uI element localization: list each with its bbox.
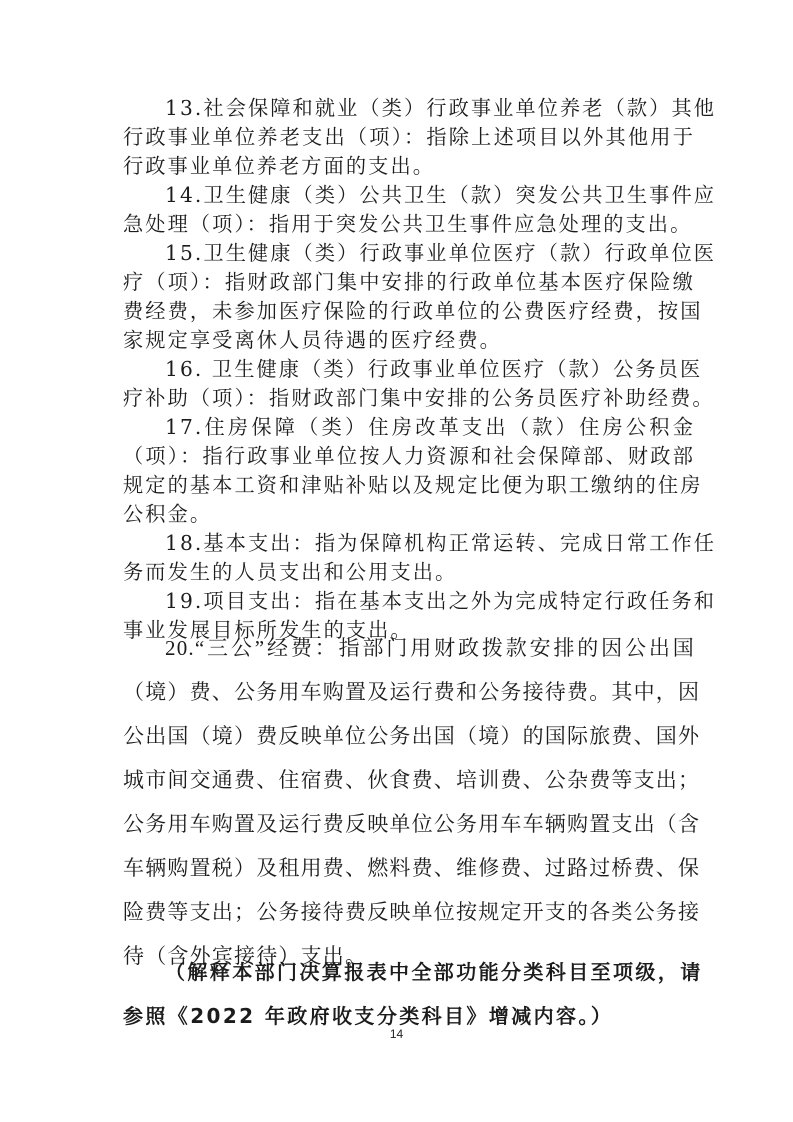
text-line: （项）：指行政事业单位按人力资源和社会保障部、财政部 — [123, 442, 695, 471]
text-line: 13.社会保障和就业（类）行政事业单位养老（款）其他 — [123, 94, 695, 123]
text-line: 车辆购置税）及租用费、燃料费、维修费、过路过桥费、保 — [123, 846, 695, 890]
paragraph-item-13: 13.社会保障和就业（类）行政事业单位养老（款）其他 行政事业单位养老支出（项）… — [123, 94, 695, 181]
text-line: 险费等支出；公务接待费反映单位按规定开支的各类公务接 — [123, 890, 695, 934]
text-line: 家规定享受离休人员待遇的医疗经费。 — [123, 326, 695, 355]
paragraph-item-20-three-public-expenses: 20.“三公”经费：指部门用财政拨款安排的因公出国 （境）费、公务用车购置及运行… — [123, 626, 695, 978]
text-line: 20.“三公”经费：指部门用财政拨款安排的因公出国 — [123, 626, 695, 670]
text-line: 急处理（项）：指用于突发公共卫生事件应急处理的支出。 — [123, 210, 695, 239]
text-line: （解释本部门决算报表中全部功能分类科目至项级，请 — [123, 950, 695, 994]
page-number: 14 — [0, 1027, 793, 1041]
paragraph-item-16: 16. 卫生健康（类）行政事业单位医疗（款）公务员医 疗补助（项）：指财政部门集… — [123, 355, 695, 413]
paragraph-item-15: 15.卫生健康（类）行政事业单位医疗（款）行政单位医 疗（项）：指财政部门集中安… — [123, 239, 695, 355]
text-line: 公务用车购置及运行费反映单位公务用车车辆购置支出（含 — [123, 802, 695, 846]
text-line: （境）费、公务用车购置及运行费和公务接待费。其中，因 — [123, 670, 695, 714]
document-page: 13.社会保障和就业（类）行政事业单位养老（款）其他 行政事业单位养老支出（项）… — [0, 0, 793, 1122]
text-line: 17.住房保障（类）住房改革支出（款）住房公积金 — [123, 413, 695, 442]
bold-note: （解释本部门决算报表中全部功能分类科目至项级，请 参照《2022 年政府收支分类… — [123, 950, 695, 1038]
paragraph-item-14: 14.卫生健康（类）公共卫生（款）突发公共卫生事件应 急处理（项）：指用于突发公… — [123, 181, 695, 239]
text-line: 公积金。 — [123, 500, 695, 529]
text-line: 16. 卫生健康（类）行政事业单位医疗（款）公务员医 — [123, 355, 695, 384]
text-line: 行政事业单位养老支出（项）：指除上述项目以外其他用于 — [123, 123, 695, 152]
text-line: 行政事业单位养老方面的支出。 — [123, 152, 695, 181]
text-line: 疗（项）：指财政部门集中安排的行政单位基本医疗保险缴 — [123, 268, 695, 297]
text-line: 公出国（境）费反映单位公务出国（境）的国际旅费、国外 — [123, 714, 695, 758]
text-line: 疗补助（项）：指财政部门集中安排的公务员医疗补助经费。 — [123, 384, 695, 413]
paragraph-item-18: 18.基本支出：指为保障机构正常运转、完成日常工作任 务而发生的人员支出和公用支… — [123, 529, 695, 587]
text-line: 15.卫生健康（类）行政事业单位医疗（款）行政单位医 — [123, 239, 695, 268]
text-line: 14.卫生健康（类）公共卫生（款）突发公共卫生事件应 — [123, 181, 695, 210]
text-line: 18.基本支出：指为保障机构正常运转、完成日常工作任 — [123, 529, 695, 558]
text-line: 城市间交通费、住宿费、伙食费、培训费、公杂费等支出； — [123, 758, 695, 802]
paragraph-item-17: 17.住房保障（类）住房改革支出（款）住房公积金 （项）：指行政事业单位按人力资… — [123, 413, 695, 529]
text-line: 费经费，未参加医疗保险的行政单位的公费医疗经费，按国 — [123, 297, 695, 326]
text-line: 务而发生的人员支出和公用支出。 — [123, 558, 695, 587]
text-line: 19.项目支出：指在基本支出之外为完成特定行政任务和 — [123, 587, 695, 616]
text-line: 规定的基本工资和津贴补贴以及规定比便为职工缴纳的住房 — [123, 471, 695, 500]
